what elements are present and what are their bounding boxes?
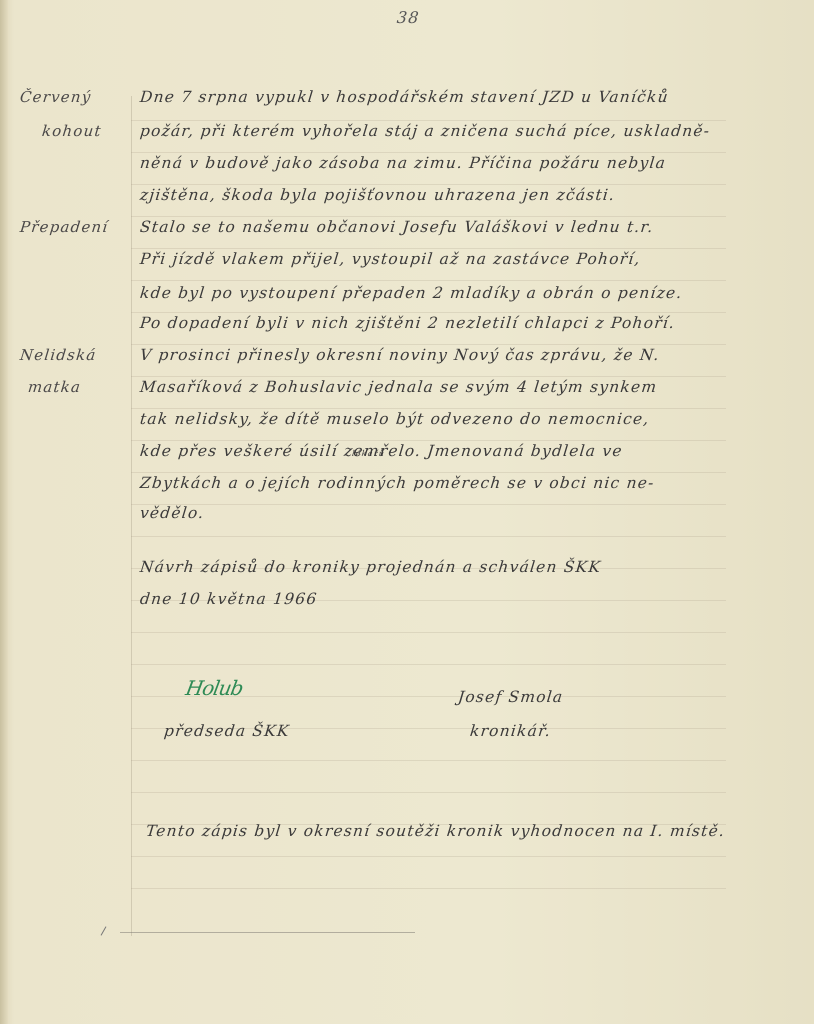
section-heading-red-rooster: kohout <box>41 122 103 140</box>
page-number: 38 <box>396 8 421 27</box>
margin-line <box>131 96 132 936</box>
section-heading-inhuman-mother: Nelidská <box>19 346 97 364</box>
ruled-line <box>131 408 726 409</box>
ruled-line <box>131 888 726 889</box>
ruled-line <box>131 440 726 441</box>
ruled-line <box>131 120 726 121</box>
ruled-line <box>131 664 726 665</box>
body-line: tak nelidsky, že dítě muselo být odvezen… <box>139 410 650 428</box>
ruled-line <box>131 376 726 377</box>
ruled-line <box>131 536 726 537</box>
chronicler-title: kronikář. <box>469 722 552 740</box>
body-line: kde přes veškeré úsilí zemřelo. Jmenovan… <box>139 442 624 460</box>
page-binding-edge <box>0 0 8 1024</box>
ruled-line <box>131 856 726 857</box>
ruled-line <box>131 344 726 345</box>
chronicler-signature: Josef Smola <box>457 688 564 706</box>
body-line: Při jízdě vlakem přijel, vystoupil až na… <box>139 250 642 268</box>
body-line: požár, při kterém vyhořela stáj a zničen… <box>139 122 711 140</box>
ruled-line <box>131 280 726 281</box>
ruled-line <box>131 152 726 153</box>
ruled-line <box>131 472 726 473</box>
body-line: vědělo. <box>139 504 205 522</box>
ruled-line <box>131 248 726 249</box>
body-line: Zbytkách a o jejích rodinných poměrech s… <box>139 474 655 492</box>
body-line: Po dopadení byli v nich zjištěni 2 nezle… <box>139 314 676 332</box>
ruled-line <box>131 760 726 761</box>
body-line: Dne 7 srpna vypukl v hospodářském staven… <box>139 88 670 106</box>
body-line: Stalo se to našemu občanovi Josefu Valáš… <box>139 218 655 236</box>
ruled-line <box>131 216 726 217</box>
ruled-line <box>131 312 726 313</box>
body-line: kde byl po vystoupení přepaden 2 mladíky… <box>139 284 683 302</box>
end-mark <box>101 926 107 935</box>
section-heading-inhuman-mother: matka <box>27 378 82 396</box>
body-line: Masaříková z Bohuslavic jednala se svým … <box>139 378 658 396</box>
ruled-line <box>131 792 726 793</box>
chronicle-page: 38 Červený kohout Dne 7 srpna vypukl v h… <box>0 0 814 1024</box>
approval-line: dne 10 května 1966 <box>139 590 318 608</box>
section-heading-assault: Přepadení <box>19 218 109 236</box>
ruled-line <box>131 504 726 505</box>
ruled-line <box>131 632 726 633</box>
competition-note: Tento zápis byl v okresní soutěži kronik… <box>145 822 726 840</box>
chairman-title: předseda ŠKK <box>163 722 291 740</box>
approval-line: Návrh zápisů do kroniky projednán a schv… <box>139 558 602 576</box>
ruled-line <box>131 184 726 185</box>
chairman-signature: Holub <box>184 676 245 700</box>
section-heading-red-rooster: Červený <box>19 88 92 106</box>
body-line: zjištěna, škoda byla pojišťovnou uhrazen… <box>139 186 616 204</box>
body-line: V prosinci přinesly okresní noviny Nový … <box>139 346 661 364</box>
end-line <box>120 932 415 933</box>
body-line: něná v budově jako zásoba na zimu. Příči… <box>139 154 667 172</box>
